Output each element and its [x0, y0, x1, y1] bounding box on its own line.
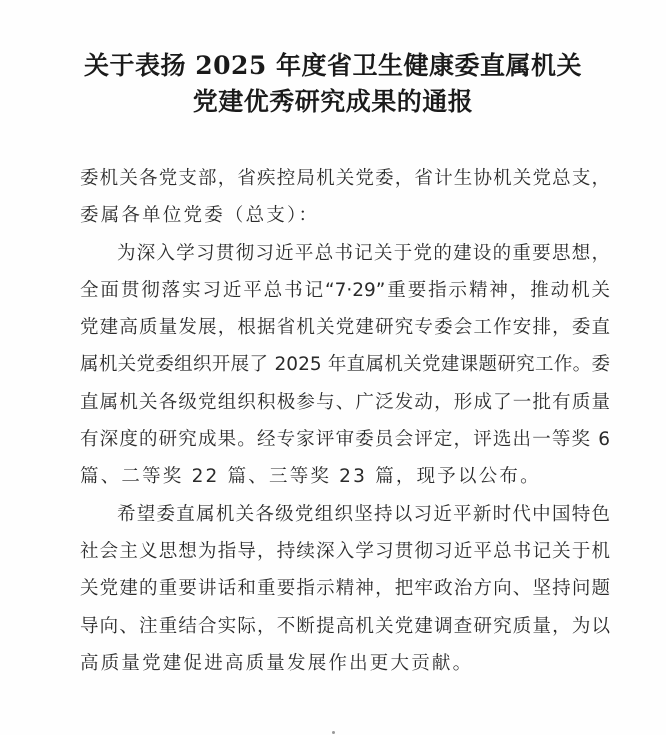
salutation-line-1: 委机关各党支部，省疾控局机关党委，省计生协机关党总支， [80, 160, 610, 197]
paragraph-2-line-1: 希望委直属机关各级党组织坚持以习近平新时代中国特色 [80, 496, 610, 533]
paragraph-1-line-2: 全面贯彻落实习近平总书记“7·29”重要指示精神，推动机关 [80, 272, 610, 309]
page-mark [332, 731, 335, 734]
paragraph-1-line-1: 为深入学习贯彻习近平总书记关于党的建设的重要思想， [80, 235, 610, 272]
paragraph-2-line-4: 导向、注重结合实际，不断提高机关党建调查研究质量，为以 [80, 608, 610, 645]
paragraph-1-line-4: 属机关党委组织开展了 2025 年直属机关党建课题研究工作。委 [80, 346, 610, 383]
paragraph-2-line-5: 高质量党建促进高质量发展作出更大贡献。 [80, 645, 610, 682]
paragraph-1-line-6: 有深度的研究成果。经专家评审委员会评定，评选出一等奖 6 [80, 421, 610, 458]
document-title: 关于表扬 2025 年度省卫生健康委直属机关 党建优秀研究成果的通报 [0, 48, 666, 120]
paragraph-1-line-3: 党建高质量发展，根据省机关党建研究专委会工作安排，委直 [80, 309, 610, 346]
title-line-1: 关于表扬 2025 年度省卫生健康委直属机关 [0, 48, 666, 84]
title-line-2: 党建优秀研究成果的通报 [0, 84, 666, 120]
document-page: 关于表扬 2025 年度省卫生健康委直属机关 党建优秀研究成果的通报 委机关各党… [0, 0, 666, 735]
document-body: 委机关各党支部，省疾控局机关党委，省计生协机关党总支， 委属各单位党委（总支）：… [80, 160, 610, 682]
paragraph-2-line-3: 关党建的重要讲话和重要指示精神，把牢政治方向、坚持问题 [80, 570, 610, 607]
paragraph-1-line-7: 篇、二等奖 22 篇、三等奖 23 篇，现予以公布。 [80, 458, 610, 495]
paragraph-2-line-2: 社会主义思想为指导，持续深入学习贯彻习近平总书记关于机 [80, 533, 610, 570]
salutation-line-2: 委属各单位党委（总支）： [80, 197, 610, 234]
paragraph-1-line-5: 直属机关各级党组织积极参与、广泛发动，形成了一批有质量 [80, 384, 610, 421]
